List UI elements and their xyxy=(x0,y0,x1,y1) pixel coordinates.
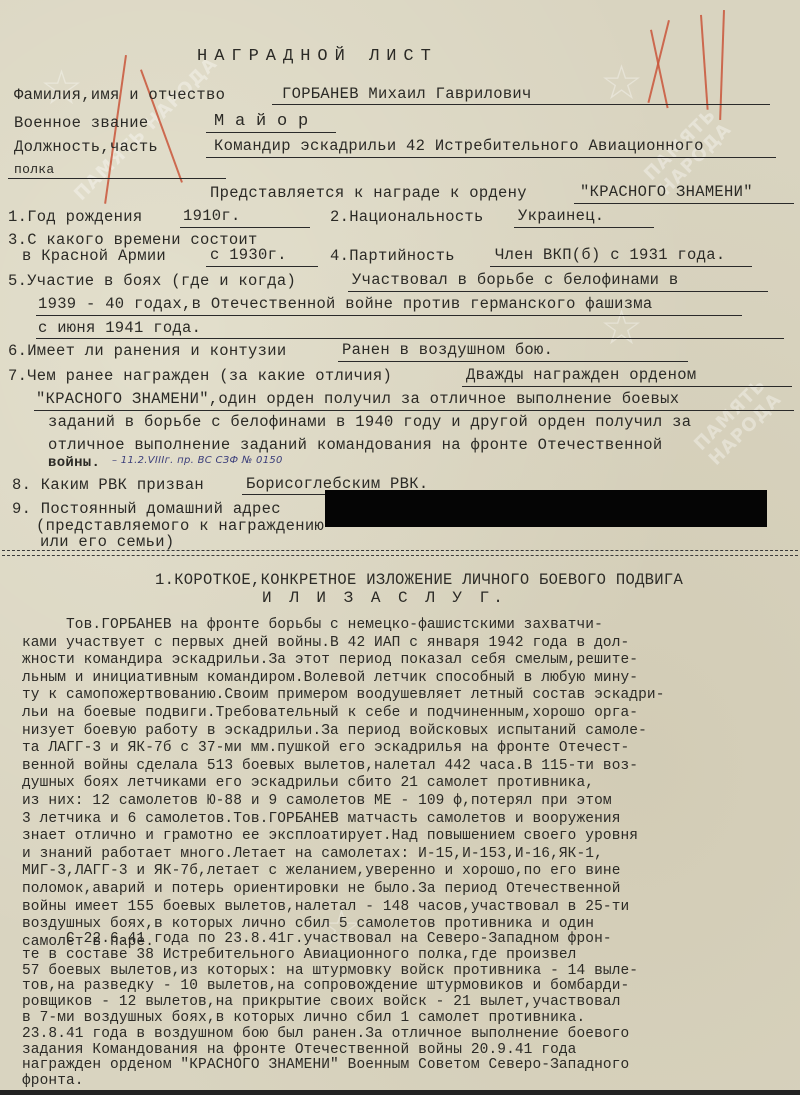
prev-awards-value-1: Дважды награжден орденом xyxy=(466,368,696,384)
narrative-line: войны имеет 155 боевых вылетов,налетал -… xyxy=(22,900,629,915)
prev-awards-label: 7.Чем ранее награжден (за какие отличия) xyxy=(8,369,392,385)
underline xyxy=(490,266,752,267)
underline xyxy=(574,203,794,204)
watermark-star-icon: ☆ xyxy=(600,55,643,111)
narrative-line: 3 летчика и 6 самолетов.Тов.ГОРБАНЕВ мат… xyxy=(22,812,621,827)
watermark-text: ПАМЯТЬ НАРОДА xyxy=(690,362,797,469)
position-label: Должность,часть xyxy=(14,140,158,156)
red-pencil-mark xyxy=(650,30,669,109)
prev-awards-value-3: заданий в борьбе с белофинами в 1940 год… xyxy=(48,415,691,431)
handwritten-note: – 11.2.VIIIг. пр. ВС СЗФ № 0150 xyxy=(112,456,283,466)
narrative-line: МИГ-3,ЛАГГ-3 и ЯК-7б,летает с желанием,у… xyxy=(22,864,621,879)
prev-awards-value-5: войны. xyxy=(48,456,100,470)
narrative-line: 57 боевых вылетов,из которых: на штурмов… xyxy=(22,964,638,979)
wounds-value: Ранен в воздушном бою. xyxy=(342,343,553,359)
underline xyxy=(338,361,688,362)
wounds-label: 6.Имеет ли ранения и контузии xyxy=(8,344,286,360)
nationality-label: 2.Национальность xyxy=(330,210,484,226)
narrative-line: в 7-ми воздушных боях,в которых лично сб… xyxy=(22,1011,585,1026)
underline xyxy=(206,266,318,267)
redacted-address xyxy=(325,490,767,527)
section-heading: 1.КОРОТКОЕ,КОНКРЕТНОЕ ИЗЛОЖЕНИЕ ЛИЧНОГО … xyxy=(155,573,683,589)
address-label-3: или его семьи) xyxy=(40,535,174,551)
separator-line xyxy=(2,550,798,556)
battles-value-2: 1939 - 40 годах,в Отечественной войне пр… xyxy=(38,297,653,313)
underline xyxy=(180,227,310,228)
underline xyxy=(36,315,742,316)
birth-value: 1910г. xyxy=(183,209,241,225)
narrative-line: венной войны сделала 513 боевых вылетов,… xyxy=(22,759,638,774)
underline xyxy=(34,410,794,411)
rvk-label: 8. Каким РВК призван xyxy=(12,478,204,494)
narrative-line: фронта. xyxy=(22,1074,84,1089)
address-label-1: 9. Постоянный домашний адрес xyxy=(12,502,281,518)
narrative-line: льным и инициативным командиром.Волевой … xyxy=(22,671,638,686)
section-heading-cont: И Л И З А С Л У Г. xyxy=(262,590,507,606)
narrative-line: из них: 12 самолетов Ю-88 и 9 самолетов … xyxy=(22,794,612,809)
birth-label: 1.Год рождения xyxy=(8,210,142,226)
position-label-cont: полка xyxy=(14,163,55,176)
narrative-line: воздушных боях,в которых лично сбил 5 са… xyxy=(22,917,594,932)
narrative-line: ту к самопожертвованию.Своим примером во… xyxy=(22,688,665,703)
award-value: "КРАСНОГО ЗНАМЕНИ" xyxy=(580,185,753,201)
award-prefix: Представляется к награде к ордену xyxy=(210,186,527,202)
underline xyxy=(36,338,784,339)
rank-value: М а й о р xyxy=(214,113,309,130)
narrative-line: ками участвует с первых дней войны.В 42 … xyxy=(22,636,629,651)
position-value: Командир эскадрильи 42 Истребительного А… xyxy=(214,139,704,155)
narrative-line: жности командира эскадрильи.За этот пери… xyxy=(22,653,638,668)
narrative-line: 23.8.41 года в воздушном бою был ранен.З… xyxy=(22,1027,629,1042)
battles-value-3: с июня 1941 года. xyxy=(38,321,201,337)
prev-awards-value-2: "КРАСНОГО ЗНАМЕНИ",один орден получил за… xyxy=(36,392,679,408)
underline xyxy=(8,178,226,179)
document-title: НАГРАДНОЙ ЛИСТ xyxy=(197,48,438,65)
narrative-line: те в составе 38 Истребительного Авиацион… xyxy=(22,948,577,963)
underline xyxy=(206,157,776,158)
narrative-line: награжден орденом "КРАСНОГО ЗНАМЕНИ" Вое… xyxy=(22,1058,629,1073)
battles-label: 5.Участие в боях (где и когда) xyxy=(8,274,296,290)
narrative-line: ровщиков - 12 вылетов,на прикрытие своих… xyxy=(22,995,621,1010)
name-value: ГОРБАНЕВ Михаил Гаврилович xyxy=(282,87,532,103)
name-label: Фамилия,имя и отчество xyxy=(14,88,225,104)
party-label: 4.Партийность xyxy=(330,249,455,265)
service-value: с 1930г. xyxy=(210,248,287,264)
document-page: ☆ ☆ ☆ ☆ ПАМЯТЬ НАРОДА ПАМЯТЬ НАРОДА ПАМЯ… xyxy=(0,0,800,1095)
underline xyxy=(462,386,792,387)
underline xyxy=(272,104,770,105)
party-value: Член ВКП(б) с 1931 года. xyxy=(495,248,725,264)
narrative-line: низует боевую работу в эскадрильи.За пер… xyxy=(22,724,647,739)
nationality-value: Украинец. xyxy=(518,209,604,225)
narrative-line: та ЛАГГ-3 и ЯК-7б с 37-ми мм.пушкой его … xyxy=(22,741,629,756)
narrative-line: знает отлично и грамотно ее эксплоатируе… xyxy=(22,829,638,844)
page-bottom-edge xyxy=(0,1090,800,1095)
red-pencil-mark xyxy=(700,15,709,110)
service-label-2: в Красной Армии xyxy=(22,249,166,265)
narrative-line: душных боях летчиками его эскадрильи сби… xyxy=(22,776,594,791)
narrative-line: задания Командования на фронте Отечестве… xyxy=(22,1043,577,1058)
narrative-line: льи на боевые подвиги.Требовательный к с… xyxy=(22,706,638,721)
narrative-line: и знаний работает много.Летает на самоле… xyxy=(22,847,603,862)
narrative-line: тов,на разведку - 10 вылетов,на сопровож… xyxy=(22,979,629,994)
narrative-line: Тов.ГОРБАНЕВ на фронте борьбы с немецко-… xyxy=(22,618,603,633)
prev-awards-value-4: отличное выполнение заданий командования… xyxy=(48,438,663,454)
battles-value-1: Участвовал в борьбе с белофинами в xyxy=(352,273,678,289)
narrative-line: С 22.6.41 года по 23.8.41г.участвовал на… xyxy=(22,932,612,947)
underline xyxy=(514,227,654,228)
underline xyxy=(348,291,768,292)
underline xyxy=(206,132,336,133)
rank-label: Военное звание xyxy=(14,116,148,132)
narrative-line: поломок,аварий и потерь ориентировки не … xyxy=(22,882,621,897)
